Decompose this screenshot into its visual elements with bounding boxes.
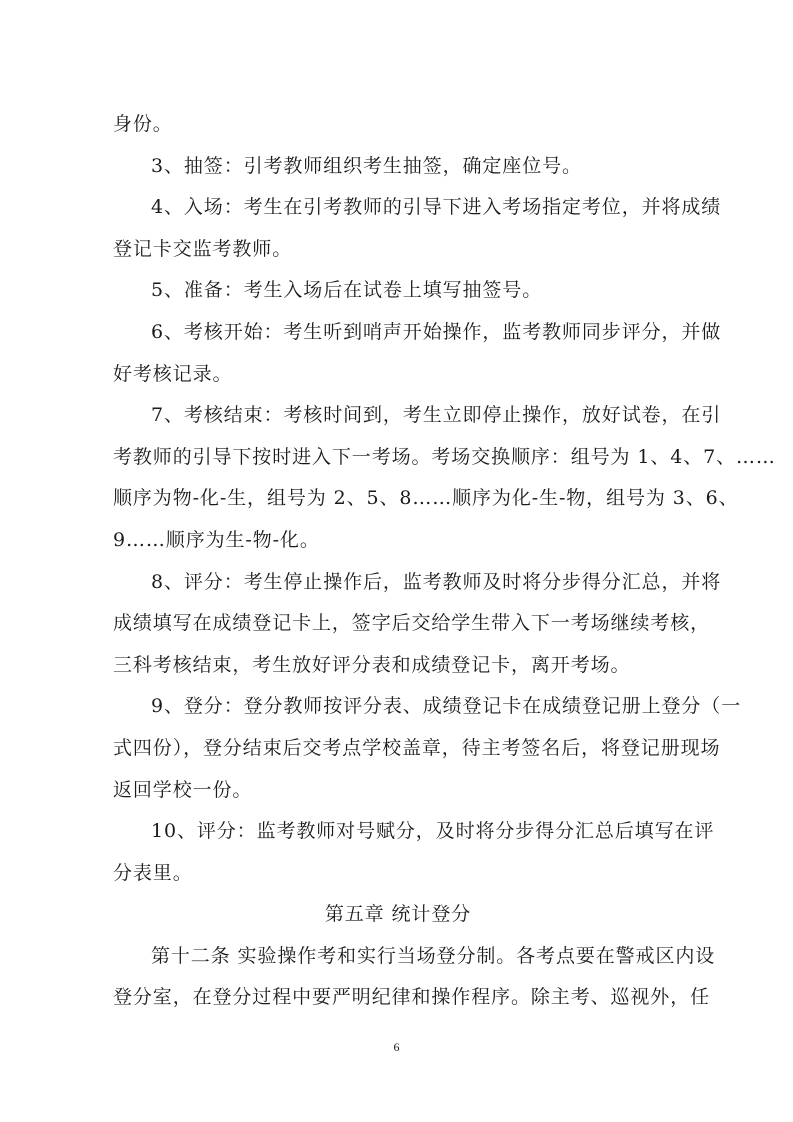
text-line: 成绩填写在成绩登记卡上，签字后交给学生带入下一考场继续考核， <box>113 603 683 645</box>
item-3-draw-lots: 3、抽签：引考教师组织考生抽签，确定座位号。 <box>113 146 683 188</box>
article-12: 第十二条 实验操作考和实行当场登分制。各考点要在警戒区内设 <box>113 936 683 978</box>
text-line: 登分室，在登分过程中要严明纪律和操作程序。除主考、巡视外，任 <box>113 977 683 1019</box>
text-line: 登记卡交监考教师。 <box>113 229 683 271</box>
item-9-register-score: 9、登分：登分教师按评分表、成绩登记卡在成绩登记册上登分（一 <box>113 686 683 728</box>
item-4-enter: 4、入场：考生在引考教师的引导下进入考场指定考位，并将成绩 <box>113 187 683 229</box>
text-line: 身份。 <box>113 104 683 146</box>
item-5-prepare: 5、准备：考生入场后在试卷上填写抽签号。 <box>113 270 683 312</box>
item-7-exam-end: 7、考核结束：考核时间到，考生立即停止操作，放好试卷，在引 <box>113 395 683 437</box>
document-page: 身份。 3、抽签：引考教师组织考生抽签，确定座位号。 4、入场：考生在引考教师的… <box>113 104 683 1019</box>
text-line: 返回学校一份。 <box>113 770 683 812</box>
text-line: 分表里。 <box>113 853 683 895</box>
text-line: 三科考核结束，考生放好评分表和成绩登记卡，离开考场。 <box>113 645 683 687</box>
page-number: 6 <box>0 1040 793 1055</box>
item-8-scoring: 8、评分：考生停止操作后，监考教师及时将分步得分汇总，并将 <box>113 562 683 604</box>
text-line: 顺序为物-化-生，组号为 2、5、8……顺序为化-生-物，组号为 3、6、 <box>113 478 683 520</box>
text-line: 考教师的引导下按时进入下一考场。考场交换顺序：组号为 1、4、7、…… <box>113 437 683 479</box>
text-line: 式四份），登分结束后交考点学校盖章，待主考签名后，将登记册现场 <box>113 728 683 770</box>
text-line: 9……顺序为生-物-化。 <box>113 520 683 562</box>
item-6-exam-start: 6、考核开始：考生听到哨声开始操作，监考教师同步评分，并做 <box>113 312 683 354</box>
item-10-scoring: 10、评分：监考教师对号赋分，及时将分步得分汇总后填写在评 <box>113 811 683 853</box>
text-line: 好考核记录。 <box>113 354 683 396</box>
chapter-heading: 第五章 统计登分 <box>113 894 683 936</box>
